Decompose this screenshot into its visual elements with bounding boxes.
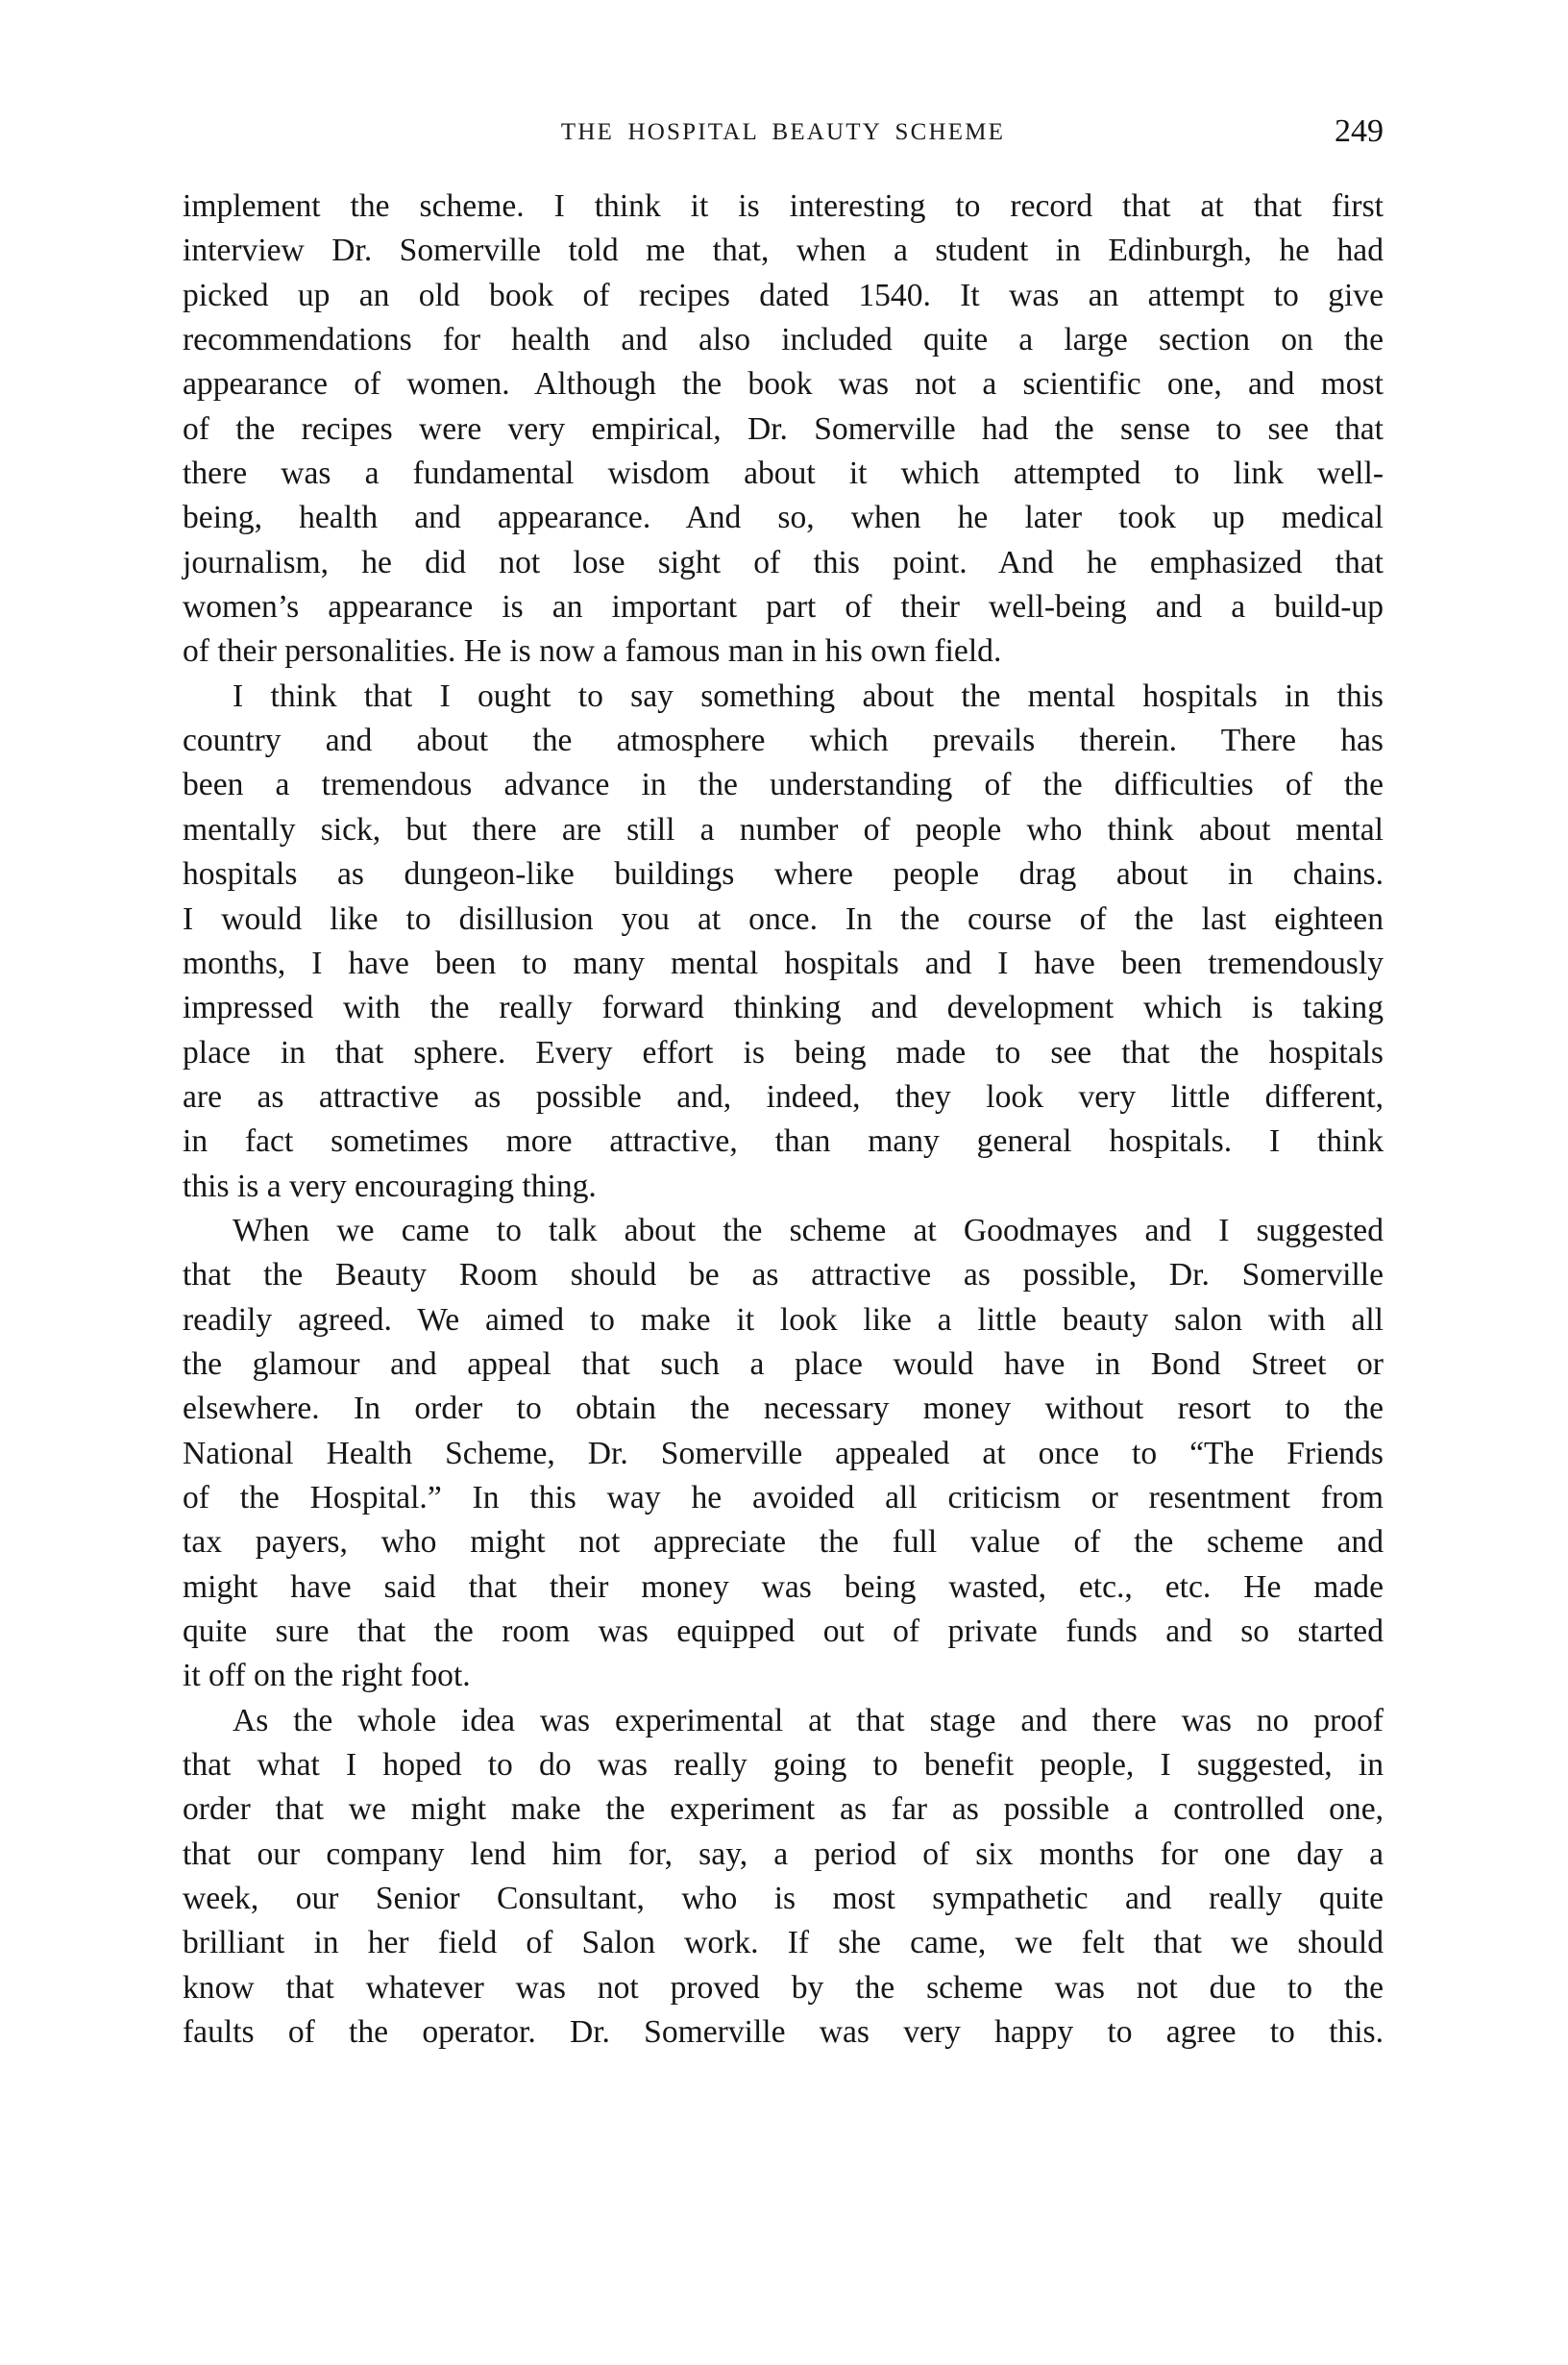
text-line: that the Beauty Room should be as attrac… [183,1253,1384,1297]
text-line: As the whole idea was experimental at th… [183,1699,1384,1743]
text-line: place in that sphere. Every effort is be… [183,1031,1384,1075]
text-line: appearance of women. Although the book w… [183,362,1384,406]
body-text: implement the scheme. I think it is inte… [183,185,1384,2055]
text-line: the glamour and appeal that such a place… [183,1343,1384,1387]
text-line: women’s appearance is an important part … [183,585,1384,629]
text-line: of the recipes were very empirical, Dr. … [183,407,1384,452]
text-line: it off on the right foot. [183,1654,1384,1698]
text-line: implement the scheme. I think it is inte… [183,185,1384,229]
text-line: might have said that their money was bei… [183,1565,1384,1610]
text-line: quite sure that the room was equipped ou… [183,1610,1384,1654]
text-line: readily agreed. We aimed to make it look… [183,1298,1384,1343]
text-line: elsewhere. In order to obtain the necess… [183,1387,1384,1431]
text-line: National Health Scheme, Dr. Somerville a… [183,1432,1384,1476]
text-line: know that whatever was not proved by the… [183,1966,1384,2010]
text-line: I would like to disillusion you at once.… [183,898,1384,942]
text-line: in fact sometimes more attractive, than … [183,1120,1384,1164]
text-line: interview Dr. Somerville told me that, w… [183,229,1384,273]
page-number: 249 [1335,113,1384,150]
text-line: faults of the operator. Dr. Somerville w… [183,2010,1384,2055]
text-line: brilliant in her field of Salon work. If… [183,1921,1384,1965]
text-line: hospitals as dungeon-like buildings wher… [183,852,1384,897]
text-line: impressed with the really forward thinki… [183,986,1384,1030]
text-line: picked up an old book of recipes dated 1… [183,274,1384,318]
text-line: mentally sick, but there are still a num… [183,808,1384,852]
text-line: been a tremendous advance in the underst… [183,763,1384,807]
text-line: When we came to talk about the scheme at… [183,1209,1384,1253]
running-head: THE HOSPITAL BEAUTY SCHEME 249 [183,113,1384,152]
text-line: are as attractive as possible and, indee… [183,1075,1384,1120]
paragraph-3: When we came to talk about the scheme at… [183,1209,1384,1699]
text-line: tax payers, who might not appreciate the… [183,1520,1384,1564]
text-line: that what I hoped to do was really going… [183,1743,1384,1787]
text-line: of their personalities. He is now a famo… [183,629,1384,674]
paragraph-2: I think that I ought to say something ab… [183,675,1384,1209]
paragraph-1: implement the scheme. I think it is inte… [183,185,1384,675]
text-line: order that we might make the experiment … [183,1787,1384,1832]
text-line: this is a very encouraging thing. [183,1165,1384,1209]
text-line: journalism, he did not lose sight of thi… [183,541,1384,585]
text-line: being, health and appearance. And so, wh… [183,496,1384,540]
text-line: week, our Senior Consultant, who is most… [183,1877,1384,1921]
book-page: THE HOSPITAL BEAUTY SCHEME 249 implement… [183,0,1384,2365]
text-line: there was a fundamental wisdom about it … [183,452,1384,496]
text-line: country and about the atmosphere which p… [183,719,1384,763]
text-line: that our company lend him for, say, a pe… [183,1833,1384,1877]
paragraph-4: As the whole idea was experimental at th… [183,1699,1384,2056]
running-head-title: THE HOSPITAL BEAUTY SCHEME [183,119,1384,146]
text-line: months, I have been to many mental hospi… [183,942,1384,986]
text-line: of the Hospital.” In this way he avoided… [183,1476,1384,1520]
text-line: recommendations for health and also incl… [183,318,1384,362]
text-line: I think that I ought to say something ab… [183,675,1384,719]
